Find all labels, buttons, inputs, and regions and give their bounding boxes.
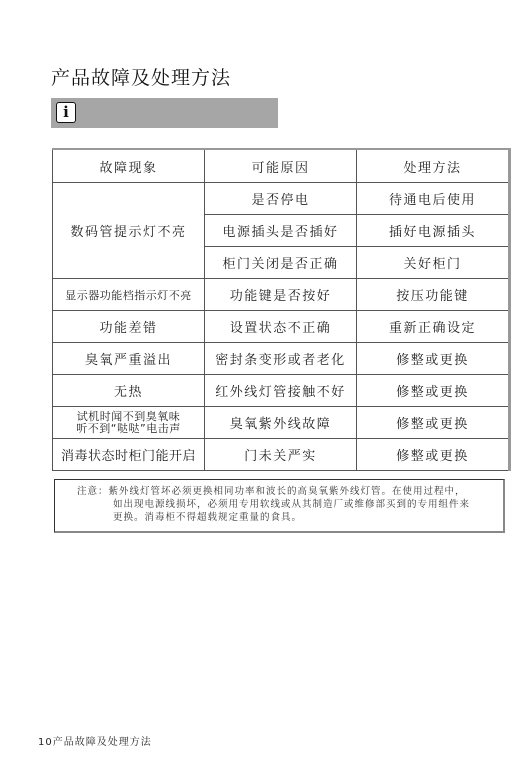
header-cause: 可能原因	[205, 149, 357, 183]
note-label: 注意：	[77, 486, 109, 497]
table-row: 试机时闻不到臭氧味 听不到“哒哒”电击声 臭氧紫外线故障 修整或更换	[53, 407, 510, 439]
note-line-3: 更换。消毒柜不得超载规定重量的食具。	[77, 511, 495, 524]
symptom-line-1: 试机时闻不到臭氧味	[53, 411, 204, 423]
info-banner: i	[51, 98, 278, 128]
table-row: 数码管提示灯不亮 是否停电 待通电后使用	[53, 183, 510, 215]
solution-cell: 修整或更换	[357, 343, 510, 375]
note-line-1: 注意：紫外线灯管坏必须更换相同功率和波长的高臭氧紫外线灯管。在使用过程中，	[77, 485, 495, 498]
solution-cell: 修整或更换	[357, 439, 510, 471]
table-row: 无热 红外线灯管接触不好 修整或更换	[53, 375, 510, 407]
symptom-cell: 显示器功能档指示灯不亮	[53, 279, 205, 311]
cause-cell: 设置状态不正确	[205, 311, 357, 343]
solution-cell: 修整或更换	[357, 375, 510, 407]
symptom-line-2: 听不到“哒哒”电击声	[53, 423, 204, 435]
footer-section: 产品故障及处理方法	[53, 737, 152, 748]
symptom-cell: 臭氧严重溢出	[53, 343, 205, 375]
header-solution: 处理方法	[357, 149, 510, 183]
symptom-cell: 数码管提示灯不亮	[53, 183, 205, 279]
cause-cell: 电源插头是否插好	[205, 215, 357, 247]
cause-cell: 门未关严实	[205, 439, 357, 471]
cause-cell: 功能键是否按好	[205, 279, 357, 311]
cause-cell: 是否停电	[205, 183, 357, 215]
symptom-cell: 试机时闻不到臭氧味 听不到“哒哒”电击声	[53, 407, 205, 439]
note-line-2: 如出现电源线损坏，必须用专用软线或从其制造厂或维修部买到的专用组件来	[77, 498, 495, 511]
cause-cell: 红外线灯管接触不好	[205, 375, 357, 407]
solution-cell: 按压功能键	[357, 279, 510, 311]
cause-cell: 密封条变形或者老化	[205, 343, 357, 375]
solution-cell: 关好柜门	[357, 247, 510, 279]
note-text: 紫外线灯管坏必须更换相同功率和波长的高臭氧紫外线灯管。在使用过程中，	[109, 486, 466, 497]
table-header-row: 故障现象 可能原因 处理方法	[53, 149, 510, 183]
cause-cell: 臭氧紫外线故障	[205, 407, 357, 439]
symptom-cell: 功能差错	[53, 311, 205, 343]
note-box: 注意：紫外线灯管坏必须更换相同功率和波长的高臭氧紫外线灯管。在使用过程中， 如出…	[54, 479, 505, 533]
solution-cell: 待通电后使用	[357, 183, 510, 215]
solution-cell: 修整或更换	[357, 407, 510, 439]
table-row: 显示器功能档指示灯不亮 功能键是否按好 按压功能键	[53, 279, 510, 311]
solution-cell: 插好电源插头	[357, 215, 510, 247]
table-row: 消毒状态时柜门能开启 门未关严实 修整或更换	[53, 439, 510, 471]
table-row: 功能差错 设置状态不正确 重新正确设定	[53, 311, 510, 343]
fault-table: 故障现象 可能原因 处理方法 数码管提示灯不亮 是否停电 待通电后使用 电源插头…	[52, 148, 511, 471]
table-row: 臭氧严重溢出 密封条变形或者老化 修整或更换	[53, 343, 510, 375]
solution-cell: 重新正确设定	[357, 311, 510, 343]
symptom-cell: 消毒状态时柜门能开启	[53, 439, 205, 471]
page-title: 产品故障及处理方法	[51, 63, 231, 90]
cause-cell: 柜门关闭是否正确	[205, 247, 357, 279]
page-footer: 10产品故障及处理方法	[38, 733, 152, 748]
header-symptom: 故障现象	[53, 149, 205, 183]
info-icon: i	[56, 102, 76, 123]
symptom-cell: 无热	[53, 375, 205, 407]
page-number: 10	[38, 737, 53, 748]
